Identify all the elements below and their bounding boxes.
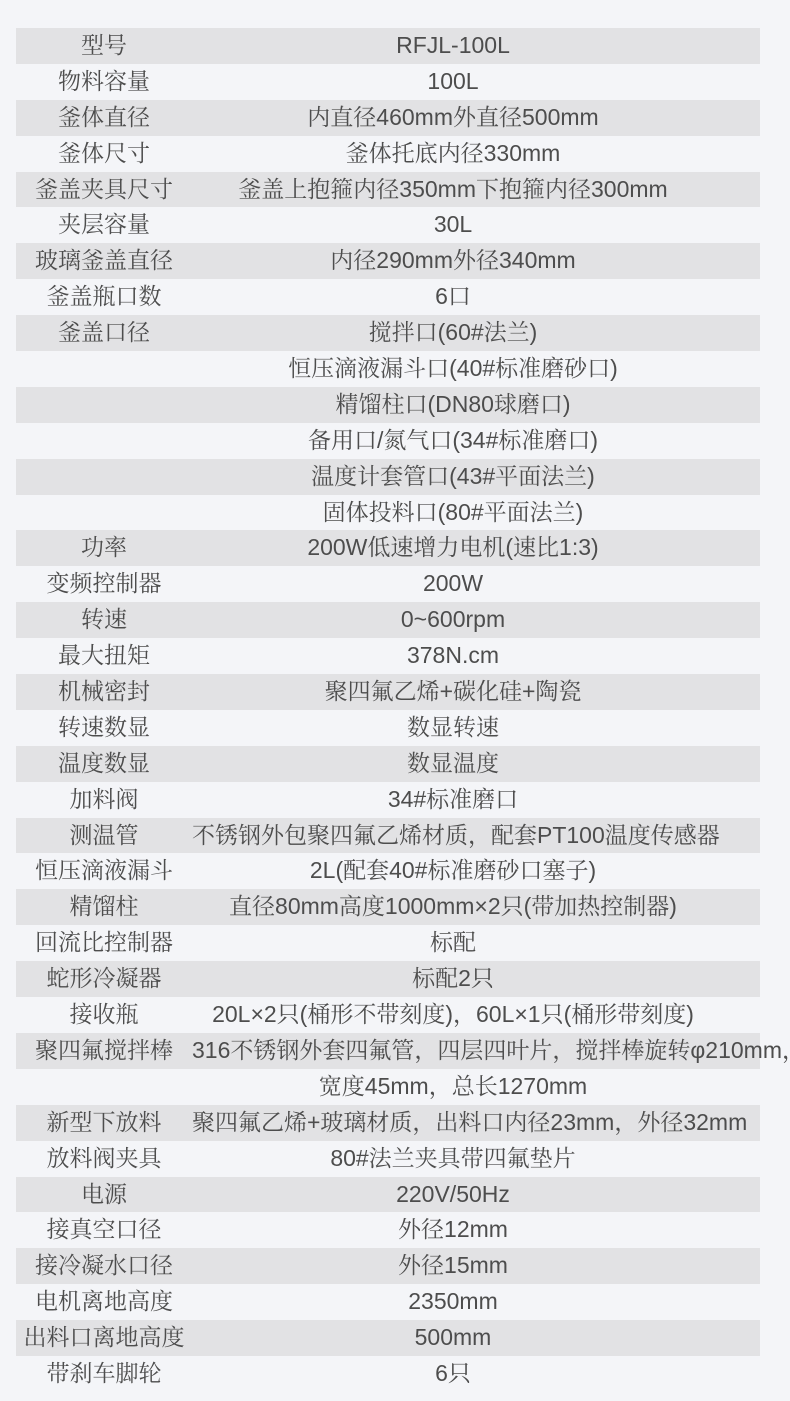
spec-label: 接收瓶 bbox=[16, 997, 192, 1033]
spec-row: 电源 220V/50Hz bbox=[16, 1177, 760, 1213]
spec-label: 新型下放料 bbox=[16, 1105, 192, 1141]
spec-label: 电源 bbox=[16, 1177, 192, 1213]
spec-label: 釜盖瓶口数 bbox=[16, 279, 192, 315]
spec-value: 直径80mm高度1000mm×2只(带加热控制器) bbox=[192, 889, 760, 925]
spec-value: 378N.cm bbox=[192, 638, 760, 674]
spec-label: 玻璃釜盖直径 bbox=[16, 243, 192, 279]
spec-row: 接真空口径 外径12mm bbox=[16, 1212, 760, 1248]
spec-value: 釜体托底内径330mm bbox=[192, 136, 760, 172]
spec-value: 不锈钢外包聚四氟乙烯材质，配套PT100温度传感器 bbox=[192, 818, 766, 854]
spec-row: 电机离地高度 2350mm bbox=[16, 1284, 760, 1320]
spec-label: 精馏柱 bbox=[16, 889, 192, 925]
spec-label: 釜盖夹具尺寸 bbox=[16, 172, 192, 208]
spec-value: 外径15mm bbox=[192, 1248, 760, 1284]
spec-label: 功率 bbox=[16, 530, 192, 566]
spec-row: 出料口离地高度 500mm bbox=[16, 1320, 760, 1356]
spec-row: 转速数显 数显转速 bbox=[16, 710, 760, 746]
spec-label: 型号 bbox=[16, 28, 192, 64]
spec-label: 带刹车脚轮 bbox=[16, 1356, 192, 1392]
spec-label: 加料阀 bbox=[16, 782, 192, 818]
spec-value: 数显转速 bbox=[192, 710, 760, 746]
spec-row: 聚四氟搅拌棒 316不锈钢外套四氟管，四层四叶片，搅拌棒旋转φ210mm，叶片 bbox=[16, 1033, 760, 1069]
spec-row: 物料容量 100L bbox=[16, 64, 760, 100]
spec-value: 0~600rpm bbox=[192, 602, 760, 638]
spec-value: 500mm bbox=[192, 1320, 760, 1356]
spec-row: 夹层容量 30L bbox=[16, 207, 760, 243]
spec-label: 放料阀夹具 bbox=[16, 1141, 192, 1177]
spec-row: 加料阀 34#标准磨口 bbox=[16, 782, 760, 818]
spec-row: 变频控制器 200W bbox=[16, 566, 760, 602]
spec-value: 釜盖上抱箍内径350mm下抱箍内径300mm bbox=[192, 172, 760, 208]
spec-row: 蛇形冷凝器 标配2只 bbox=[16, 961, 760, 997]
spec-row: 釜体尺寸 釜体托底内径330mm bbox=[16, 136, 760, 172]
spec-value: 聚四氟乙烯+碳化硅+陶瓷 bbox=[192, 674, 760, 710]
spec-row: 接冷凝水口径 外径15mm bbox=[16, 1248, 760, 1284]
spec-value: 100L bbox=[192, 64, 760, 100]
spec-value: 200W bbox=[192, 566, 760, 602]
spec-value: 外径12mm bbox=[192, 1212, 760, 1248]
spec-row: 釜盖口径 搅拌口(60#法兰) bbox=[16, 315, 760, 351]
spec-label: 物料容量 bbox=[16, 64, 192, 100]
spec-value: 6口 bbox=[192, 279, 760, 315]
spec-value: 6只 bbox=[192, 1356, 760, 1392]
spec-value: 搅拌口(60#法兰) bbox=[192, 315, 760, 351]
spec-label: 温度数显 bbox=[16, 746, 192, 782]
spec-row: 新型下放料 聚四氟乙烯+玻璃材质，出料口内径23mm，外径32mm bbox=[16, 1105, 760, 1141]
spec-table: 型号 RFJL-100L 物料容量 100L 釜体直径 内直径460mm外直径5… bbox=[16, 28, 760, 1392]
spec-row: 精馏柱 直径80mm高度1000mm×2只(带加热控制器) bbox=[16, 889, 760, 925]
spec-label: 蛇形冷凝器 bbox=[16, 961, 192, 997]
spec-label: 最大扭矩 bbox=[16, 638, 192, 674]
spec-label: 恒压滴液漏斗 bbox=[16, 853, 192, 889]
spec-row: 釜体直径 内直径460mm外直径500mm bbox=[16, 100, 760, 136]
spec-label: 接真空口径 bbox=[16, 1212, 192, 1248]
spec-label: 釜体直径 bbox=[16, 100, 192, 136]
spec-value: 标配2只 bbox=[192, 961, 760, 997]
spec-value: 内径290mm外径340mm bbox=[192, 243, 760, 279]
spec-row: 带刹车脚轮 6只 bbox=[16, 1356, 760, 1392]
spec-label: 釜体尺寸 bbox=[16, 136, 192, 172]
spec-row: 最大扭矩 378N.cm bbox=[16, 638, 760, 674]
spec-value: RFJL-100L bbox=[192, 28, 760, 64]
spec-label: 釜盖口径 bbox=[16, 315, 192, 351]
spec-label: 接冷凝水口径 bbox=[16, 1248, 192, 1284]
spec-label: 机械密封 bbox=[16, 674, 192, 710]
spec-row: 温度数显 数显温度 bbox=[16, 746, 760, 782]
spec-value: 30L bbox=[192, 207, 760, 243]
spec-row: 接收瓶 20L×2只(桶形不带刻度)，60L×1只(桶形带刻度) bbox=[16, 997, 760, 1033]
spec-row: 转速 0~600rpm bbox=[16, 602, 760, 638]
spec-label: 聚四氟搅拌棒 bbox=[16, 1033, 192, 1069]
spec-value: 精馏柱口(DN80球磨口) bbox=[192, 387, 760, 423]
spec-label: 转速 bbox=[16, 602, 192, 638]
spec-value: 34#标准磨口 bbox=[192, 782, 760, 818]
spec-value: 200W低速增力电机(速比1:3) bbox=[192, 530, 760, 566]
spec-label: 变频控制器 bbox=[16, 566, 192, 602]
spec-value: 聚四氟乙烯+玻璃材质，出料口内径23mm，外径32mm bbox=[192, 1105, 790, 1141]
spec-label: 测温管 bbox=[16, 818, 192, 854]
spec-row: 釜盖瓶口数 6口 bbox=[16, 279, 760, 315]
spec-value: 20L×2只(桶形不带刻度)，60L×1只(桶形带刻度) bbox=[192, 997, 760, 1033]
spec-row: 宽度45mm，总长1270mm bbox=[16, 1069, 760, 1105]
spec-row: 机械密封 聚四氟乙烯+碳化硅+陶瓷 bbox=[16, 674, 760, 710]
spec-value: 备用口/氮气口(34#标准磨口) bbox=[192, 423, 760, 459]
spec-row: 温度计套管口(43#平面法兰) bbox=[16, 459, 760, 495]
spec-label: 出料口离地高度 bbox=[16, 1320, 192, 1356]
spec-row: 功率 200W低速增力电机(速比1:3) bbox=[16, 530, 760, 566]
spec-value: 内直径460mm外直径500mm bbox=[192, 100, 760, 136]
spec-label: 转速数显 bbox=[16, 710, 192, 746]
spec-value: 2350mm bbox=[192, 1284, 760, 1320]
spec-value: 220V/50Hz bbox=[192, 1177, 760, 1213]
spec-label: 回流比控制器 bbox=[16, 925, 192, 961]
spec-row: 釜盖夹具尺寸 釜盖上抱箍内径350mm下抱箍内径300mm bbox=[16, 172, 760, 208]
spec-value: 温度计套管口(43#平面法兰) bbox=[192, 459, 760, 495]
spec-row: 放料阀夹具 80#法兰夹具带四氟垫片 bbox=[16, 1141, 760, 1177]
spec-value: 316不锈钢外套四氟管，四层四叶片，搅拌棒旋转φ210mm，叶片 bbox=[192, 1033, 790, 1069]
spec-label: 电机离地高度 bbox=[16, 1284, 192, 1320]
spec-row: 回流比控制器 标配 bbox=[16, 925, 760, 961]
spec-row: 型号 RFJL-100L bbox=[16, 28, 760, 64]
spec-value: 宽度45mm，总长1270mm bbox=[192, 1069, 760, 1105]
spec-value: 2L(配套40#标准磨砂口塞子) bbox=[192, 853, 760, 889]
spec-value: 80#法兰夹具带四氟垫片 bbox=[192, 1141, 760, 1177]
spec-label: 夹层容量 bbox=[16, 207, 192, 243]
spec-value: 标配 bbox=[192, 925, 760, 961]
spec-value: 恒压滴液漏斗口(40#标准磨砂口) bbox=[192, 351, 760, 387]
spec-row: 精馏柱口(DN80球磨口) bbox=[16, 387, 760, 423]
spec-row: 固体投料口(80#平面法兰) bbox=[16, 495, 760, 531]
spec-value: 数显温度 bbox=[192, 746, 760, 782]
spec-row: 玻璃釜盖直径 内径290mm外径340mm bbox=[16, 243, 760, 279]
spec-value: 固体投料口(80#平面法兰) bbox=[192, 495, 760, 531]
spec-row: 测温管 不锈钢外包聚四氟乙烯材质，配套PT100温度传感器 bbox=[16, 818, 760, 854]
spec-row: 恒压滴液漏斗 2L(配套40#标准磨砂口塞子) bbox=[16, 853, 760, 889]
spec-row: 恒压滴液漏斗口(40#标准磨砂口) bbox=[16, 351, 760, 387]
spec-row: 备用口/氮气口(34#标准磨口) bbox=[16, 423, 760, 459]
